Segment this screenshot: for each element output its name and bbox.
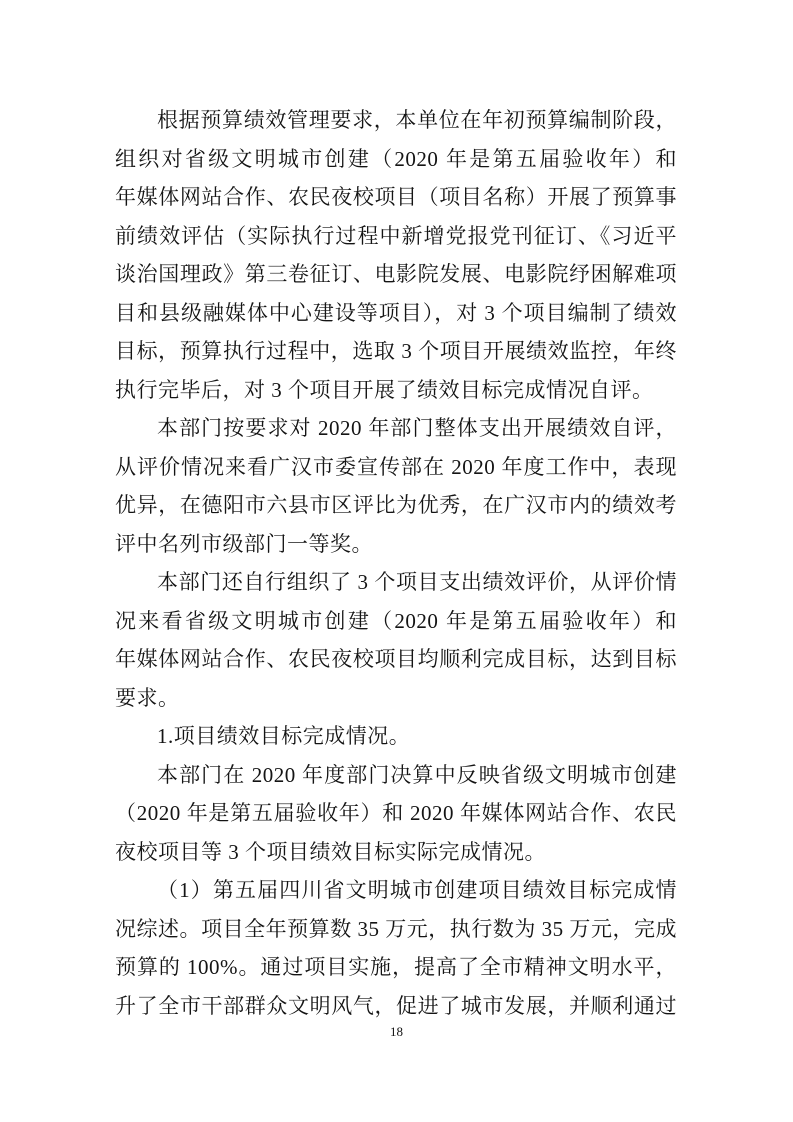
document-line: 况综述。项目全年预算数 35 万元，执行数为 35 万元，完成	[115, 910, 677, 949]
document-line: （1）第五届四川省文明城市创建项目绩效目标完成情	[115, 871, 677, 910]
document-body: 根据预算绩效管理要求，本单位在年初预算编制阶段，组织对省级文明城市创建（2020…	[115, 101, 677, 1025]
document-line: 年媒体网站合作、农民夜校项目（项目名称）开展了预算事	[115, 178, 677, 217]
document-line: 预算的 100%。通过项目实施，提高了全市精神文明水平，提	[115, 948, 677, 987]
document-line: 本部门按要求对 2020 年部门整体支出开展绩效自评，	[115, 409, 677, 448]
document-line: 目和县级融媒体中心建设等项目），对 3 个项目编制了绩效	[115, 294, 677, 333]
document-line: 组织对省级文明城市创建（2020 年是第五届验收年）和 2020	[115, 140, 677, 179]
document-line: 评中名列市级部门一等奖。	[115, 525, 677, 564]
page-number: 18	[390, 1024, 403, 1039]
document-line: 况来看省级文明城市创建（2020 年是第五届验收年）和 2020	[115, 602, 677, 641]
document-line: 谈治国理政》第三卷征订、电影院发展、电影院纾困解难项	[115, 255, 677, 294]
document-line: 执行完毕后，对 3 个项目开展了绩效目标完成情况自评。	[115, 371, 677, 410]
document-page: 根据预算绩效管理要求，本单位在年初预算编制阶段，组织对省级文明城市创建（2020…	[0, 0, 793, 1122]
document-line: 要求。	[115, 679, 677, 718]
page-footer: 18	[0, 1024, 793, 1040]
document-line: 1.项目绩效目标完成情况。	[115, 717, 677, 756]
document-line: 年媒体网站合作、农民夜校项目均顺利完成目标，达到目标	[115, 640, 677, 679]
document-line: 前绩效评估（实际执行过程中新增党报党刊征订、《习近平	[115, 217, 677, 256]
document-line: 本部门在 2020 年度部门决算中反映省级文明城市创建	[115, 756, 677, 795]
document-line: 根据预算绩效管理要求，本单位在年初预算编制阶段，	[115, 101, 677, 140]
document-line: 目标，预算执行过程中，选取 3 个项目开展绩效监控，年终	[115, 332, 677, 371]
document-line: 从评价情况来看广汉市委宣传部在 2020 年度工作中，表现	[115, 448, 677, 487]
document-line: 夜校项目等 3 个项目绩效目标实际完成情况。	[115, 833, 677, 872]
document-line: 优异，在德阳市六县市区评比为优秀，在广汉市内的绩效考	[115, 486, 677, 525]
document-line: 升了全市干部群众文明风气，促进了城市发展，并顺利通过	[115, 987, 677, 1026]
document-line: （2020 年是第五届验收年）和 2020 年媒体网站合作、农民	[115, 794, 677, 833]
document-line: 本部门还自行组织了 3 个项目支出绩效评价，从评价情	[115, 563, 677, 602]
